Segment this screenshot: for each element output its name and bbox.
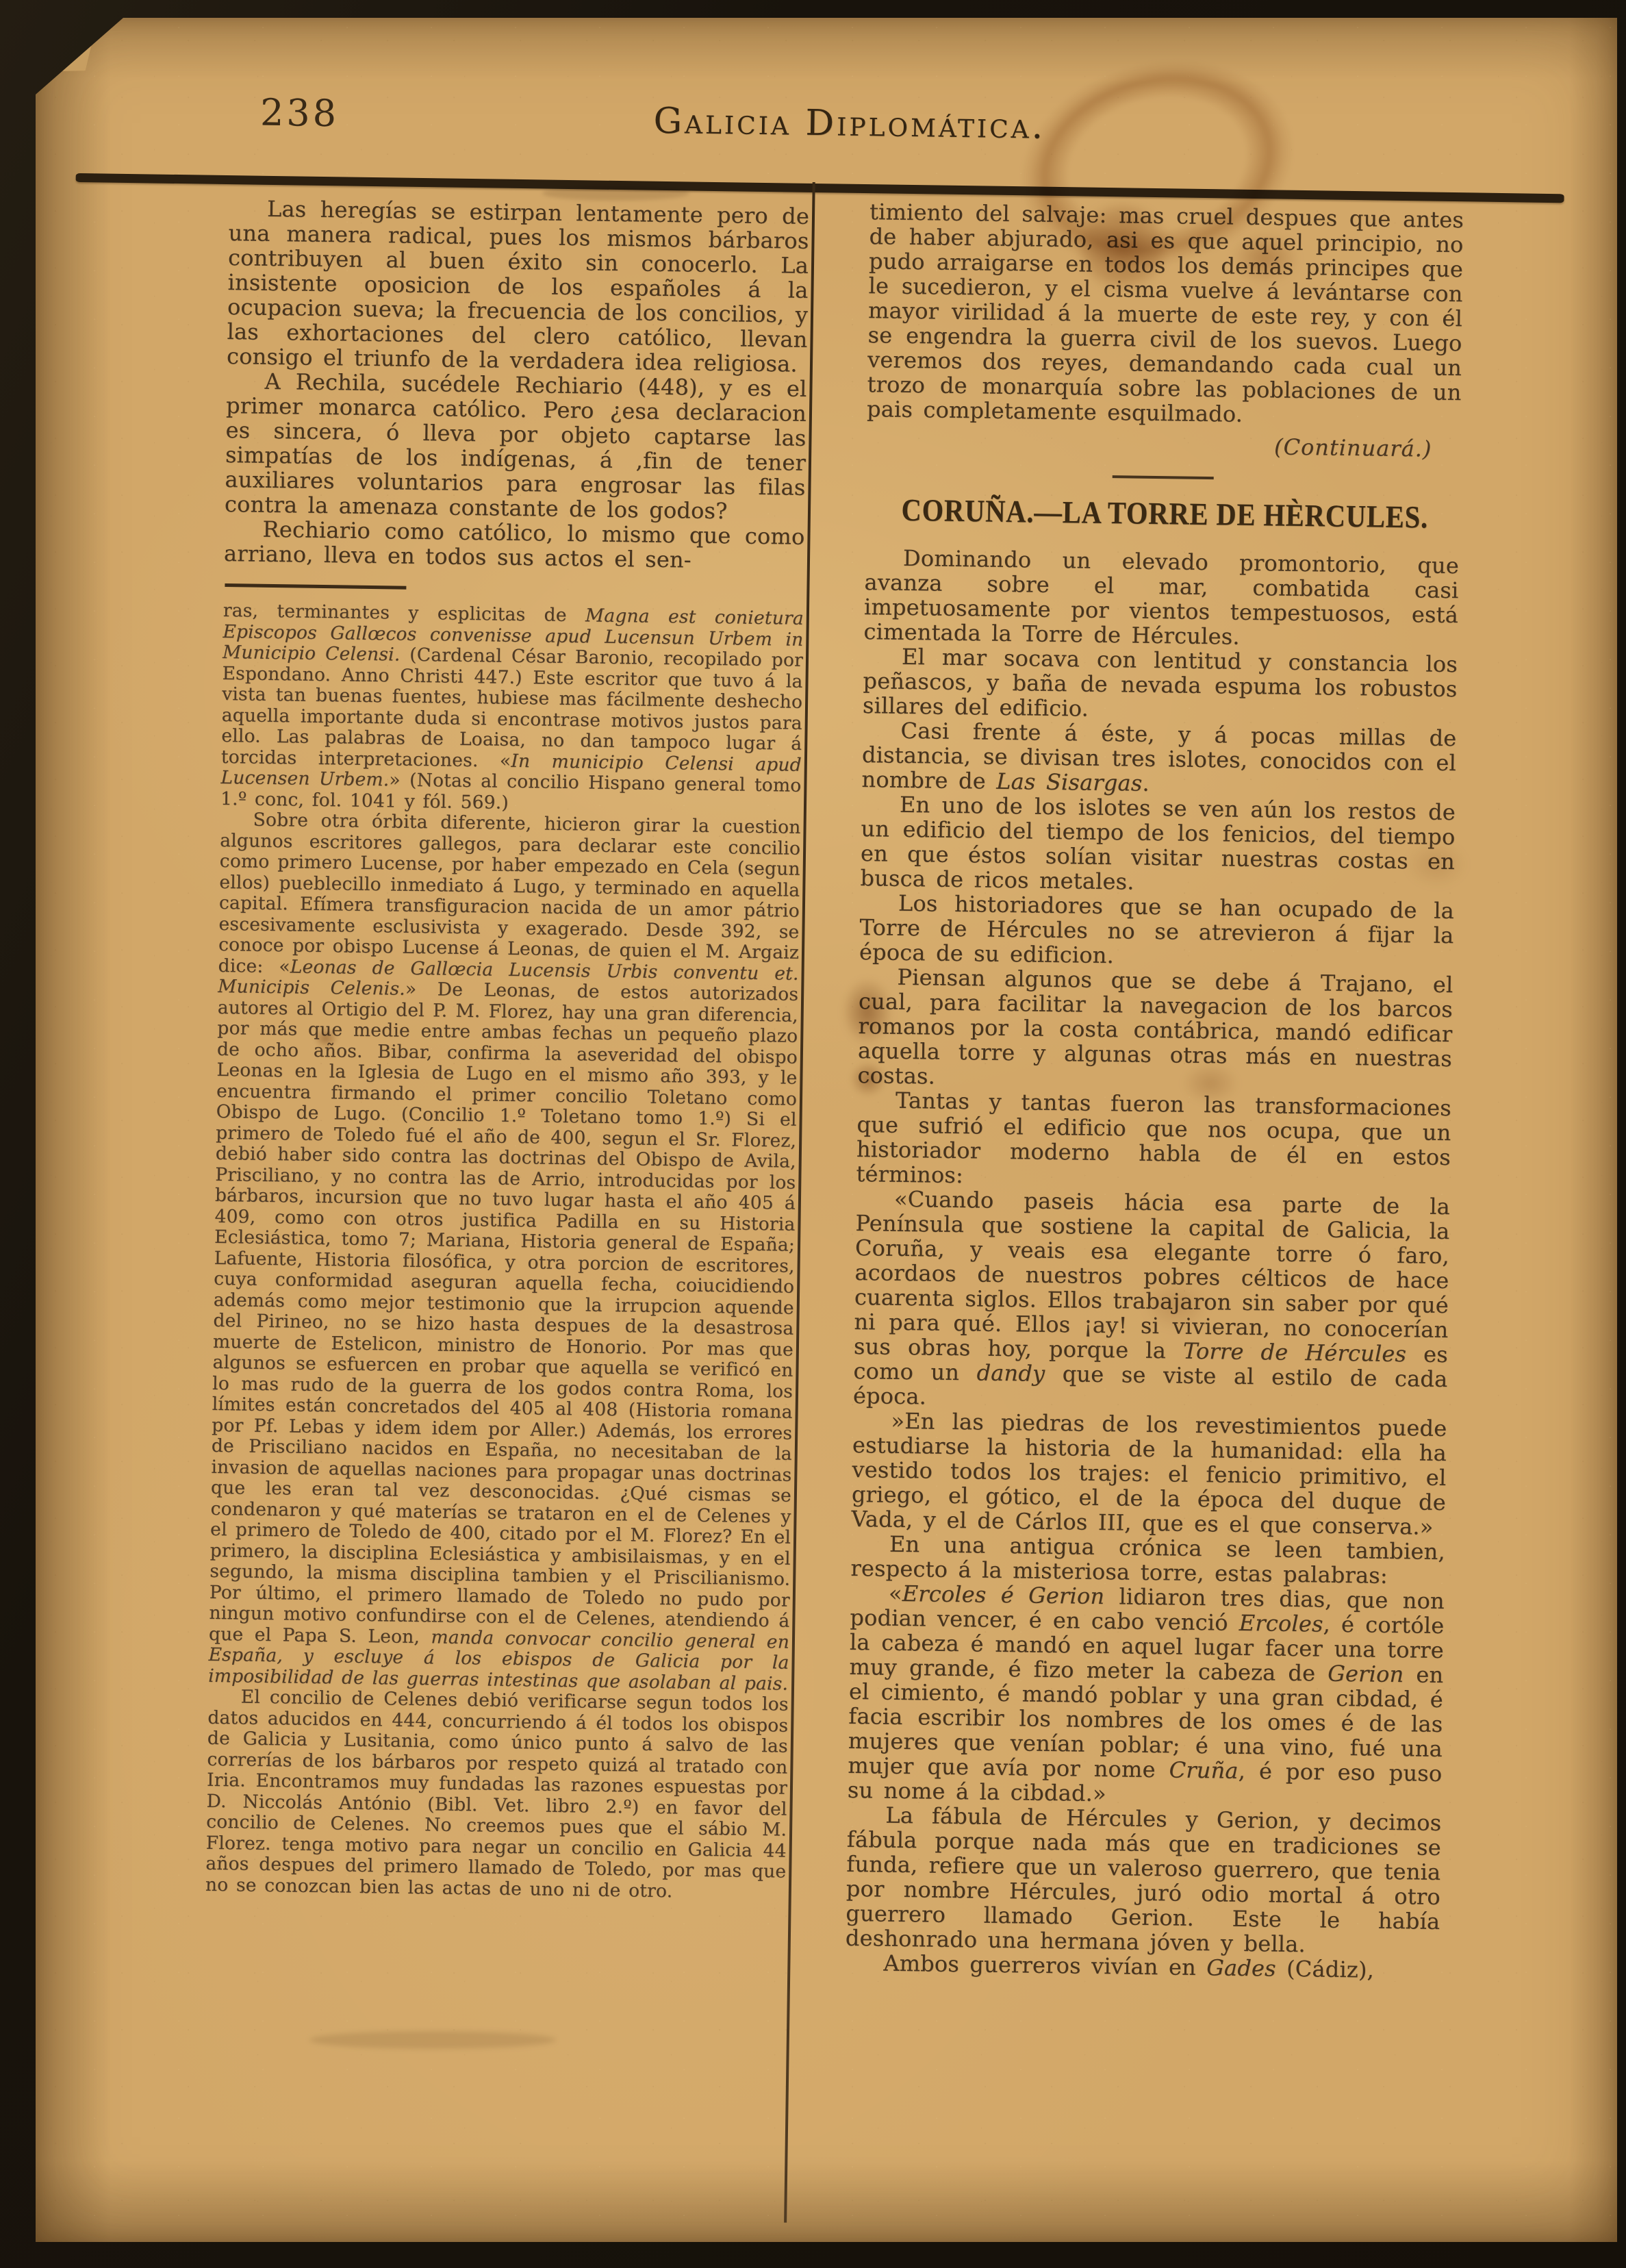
scanned-page: 238 Galicia Diplomática. Las heregías se… [0,0,1626,2268]
paragraph: Dominando un elevado promontorio, que av… [863,545,1459,652]
paragraph: «Ercoles é Gerion lidiaron tres dias, qu… [848,1580,1445,1811]
section-heading: CORUÑA.—LA TORRE DE HÈRCULES. [865,491,1460,535]
paragraph: »En las piedras de los revestimientos pu… [851,1408,1447,1539]
paragraph: timiento del salvaje: mas cruel despues … [867,199,1464,429]
paragraph: En uno de los islotes se ven aún los res… [860,792,1456,898]
paragraph: «Cuando paseis hácia esa parte de la Pen… [853,1186,1450,1416]
footnote-paragraph: Sobre otra órbita diferente, hicieron gi… [208,809,801,1695]
paragraph: Piensan algunos que se debe á Trajano, e… [857,964,1453,1096]
paragraph: A Rechila, sucédele Rechiario (448), y e… [225,368,807,525]
paragraph: En una antigua crónica se leen tambien, … [850,1531,1445,1589]
paper: 238 Galicia Diplomática. Las heregías se… [36,18,1617,2242]
paragraph: Casi frente á éste, y á pocas millas de … [861,718,1456,800]
footnote-paragraph: El concilio de Celenes debió verificarse… [205,1687,789,1904]
continuation-note: (Continuará.) [866,428,1432,462]
section-heading-text: CORUÑA.—LA TORRE DE HÈRCULES. [901,492,1428,535]
page-content: 238 Galicia Diplomática. Las heregías se… [5,15,1617,2261]
paragraph: La fábula de Hércules y Gerion, y decimo… [846,1802,1442,1958]
footnote-paragraph: ras, terminantes y esplicitas de Magna e… [220,601,804,818]
paragraph: Tantas y tantas fueron las transformacio… [856,1087,1451,1194]
paragraph: El mar socava con lentitud y constancia … [863,644,1458,726]
right-column: timiento del salvaje: mas cruel despues … [845,199,1464,1983]
section-divider [1113,475,1214,479]
footnote-separator [225,583,406,590]
paragraph: Rechiario como católico, lo mismo que co… [224,516,805,574]
paragraph: Las heregías se estirpan lentamente pero… [227,196,809,377]
footnote: ras, terminantes y esplicitas de Magna e… [205,601,804,1904]
left-column: Las heregías se estirpan lentamente pero… [205,196,810,1904]
masthead-title: Galicia Diplomática. [59,92,1626,155]
paragraph: Los historiadores que se han ocupado de … [859,890,1454,972]
